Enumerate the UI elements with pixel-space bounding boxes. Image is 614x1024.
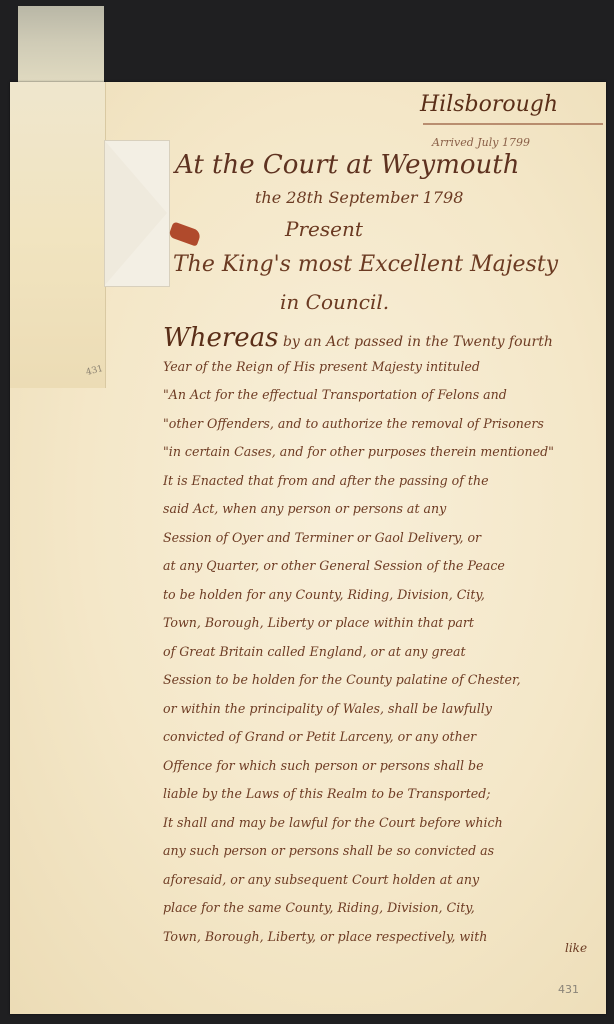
body-line: place for the same County, Riding, Divis… [163, 894, 603, 923]
body-line: Session of Oyer and Terminer or Gaol Del… [163, 524, 603, 553]
folio-number: 431 [558, 983, 579, 996]
body-line: Town, Borough, Liberty or place within t… [163, 609, 603, 638]
body-line: convicted of Grand or Petit Larceny, or … [163, 723, 603, 752]
presence-line: The King's most Excellent Majesty [173, 252, 558, 277]
document-heading: At the Court at Weymouth [175, 150, 519, 180]
body-line: any such person or persons shall be so c… [163, 837, 603, 866]
body-line: "in certain Cases, and for other purpose… [163, 438, 603, 467]
body-line: at any Quarter, or other General Session… [163, 552, 603, 581]
body-line: "other Offenders, and to authorize the r… [163, 410, 603, 439]
body-line: Offence for which such person or persons… [163, 752, 603, 781]
body-line: of Great Britain called England, or at a… [163, 638, 603, 667]
mount-strip [10, 82, 106, 388]
catchword: like [565, 941, 587, 955]
body-line: It shall and may be lawful for the Court… [163, 809, 603, 838]
signature-underline [423, 123, 603, 125]
body-line: It is Enacted that from and after the pa… [163, 467, 603, 496]
folded-paper-tab [104, 140, 170, 287]
in-council-line: in Council. [280, 290, 389, 314]
annotation-signature: Hilsborough [420, 92, 558, 117]
opening-word: Whereas [163, 324, 279, 353]
body-line: Year of the Reign of His present Majesty… [163, 353, 603, 382]
body-line: Town, Borough, Liberty, or place respect… [163, 923, 603, 952]
body-line: Whereas by an Act passed in the Twenty f… [163, 324, 603, 353]
document-body: Whereas by an Act passed in the Twenty f… [163, 324, 603, 951]
first-line-text: by an Act passed in the Twenty fourth [279, 334, 553, 350]
document-date: the 28th September 1798 [255, 188, 463, 207]
body-line: "An Act for the effectual Transportation… [163, 381, 603, 410]
body-line: or within the principality of Wales, sha… [163, 695, 603, 724]
body-line: liable by the Laws of this Realm to be T… [163, 780, 603, 809]
present-label: Present [285, 217, 363, 241]
annotation-arrived: Arrived July 1799 [432, 136, 530, 149]
body-line: Session to be holden for the County pala… [163, 666, 603, 695]
body-line: to be holden for any County, Riding, Div… [163, 581, 603, 610]
body-line: aforesaid, or any subsequent Court holde… [163, 866, 603, 895]
body-line: said Act, when any person or persons at … [163, 495, 603, 524]
